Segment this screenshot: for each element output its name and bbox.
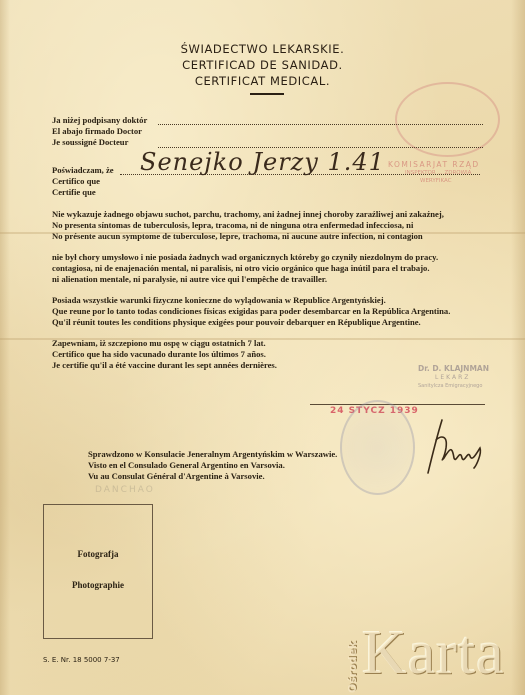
paragraph-4-line-pl: Zapewniam, iż szczepiono mu ospę w ciągu… — [52, 338, 266, 349]
handwritten-patient-name: Senejko Jerzy 1.41 — [140, 148, 385, 176]
doctor-label-es: El abajo firmado Doctor — [52, 126, 142, 137]
doctor-stamp-subtitle: Sanitylcza Emigracyjnego — [418, 383, 482, 389]
title-polish: ŚWIADECTWO LEKARSKIE. — [0, 42, 525, 56]
paragraph-3-line-pl: Posiada wszystkie warunki fizyczne konie… — [52, 295, 386, 306]
title-underline — [250, 93, 284, 95]
paragraph-3-line-es: Que reune por lo tanto todas condiciones… — [52, 306, 450, 317]
doctor-label-fr: Je soussigné Docteur — [52, 137, 128, 148]
certify-label-fr: Certifie que — [52, 187, 96, 198]
paragraph-1-line-fr: No présente aucun symptome de tuberculos… — [52, 231, 423, 242]
doctor-label-pl: Ja niżej podpisany doktór — [52, 115, 147, 126]
watermark-karta-logo: Karta — [362, 618, 505, 689]
commissariat-stamp-line2: INSPEKTOR ... ZDROWIA — [405, 170, 471, 176]
watermark-prefix: Ośrodek — [346, 641, 359, 693]
paragraph-4-line-fr: Je certifie qu'il a été vaccine durant l… — [52, 360, 277, 371]
consulate-seal — [340, 400, 415, 495]
photo-placeholder-box: Fotografja Photographie — [43, 504, 153, 639]
form-code: S. E. Nr. 18 5000 7-37 — [43, 656, 120, 664]
doctor-name-field — [158, 124, 483, 125]
consulate-text-pl: Sprawdzono w Konsulacie Jeneralnym Argen… — [88, 449, 337, 460]
commissariat-stamp-line3: WERYFIKAC — [420, 178, 452, 184]
commissariat-stamp-line1: KOMISARJAT RZĄD — [388, 160, 480, 169]
paper-edge-left — [0, 0, 10, 695]
consulate-text-fr: Vu au Consulat Général d'Argentine à Var… — [88, 471, 265, 482]
certify-label-pl: Poświadczam, że — [52, 165, 114, 176]
paragraph-2-line-fr: ni alienation mentale, ni paralysie, ni … — [52, 274, 327, 285]
paragraph-4-line-es: Certifico que ha sido vacunado durante l… — [52, 349, 266, 360]
paper-edge-right — [511, 0, 525, 695]
paragraph-1-line-pl: Nie wykazuje żadnego objawu suchot, parc… — [52, 209, 444, 220]
consulate-text-es: Visto en el Consulado General Argentino … — [88, 460, 285, 471]
photo-label-pl: Fotografja — [44, 549, 152, 559]
photo-label-fr: Photographie — [44, 580, 152, 590]
faded-stamp-text: DANCHAO — [95, 485, 155, 495]
consul-signature — [420, 418, 495, 478]
doctor-stamp-name: Dr. D. KLAJNMAN — [418, 364, 489, 373]
paragraph-3-line-fr: Qu'il réunit toutes les conditions physi… — [52, 317, 421, 328]
paragraph-2-line-es: contagiosa, ni de enajenación mental, ni… — [52, 263, 430, 274]
doctor-stamp-title: LEKARZ — [435, 374, 470, 381]
paragraph-2-line-pl: nie był chory umysłowo i nie posiada żad… — [52, 252, 438, 263]
title-spanish: CERTIFICAD DE SANIDAD. — [0, 58, 525, 72]
paragraph-1-line-es: No presenta síntomas de tuberculosis, le… — [52, 220, 413, 231]
signature-line — [310, 404, 485, 405]
certify-label-es: Certifico que — [52, 176, 100, 187]
commissariat-seal — [395, 82, 500, 157]
